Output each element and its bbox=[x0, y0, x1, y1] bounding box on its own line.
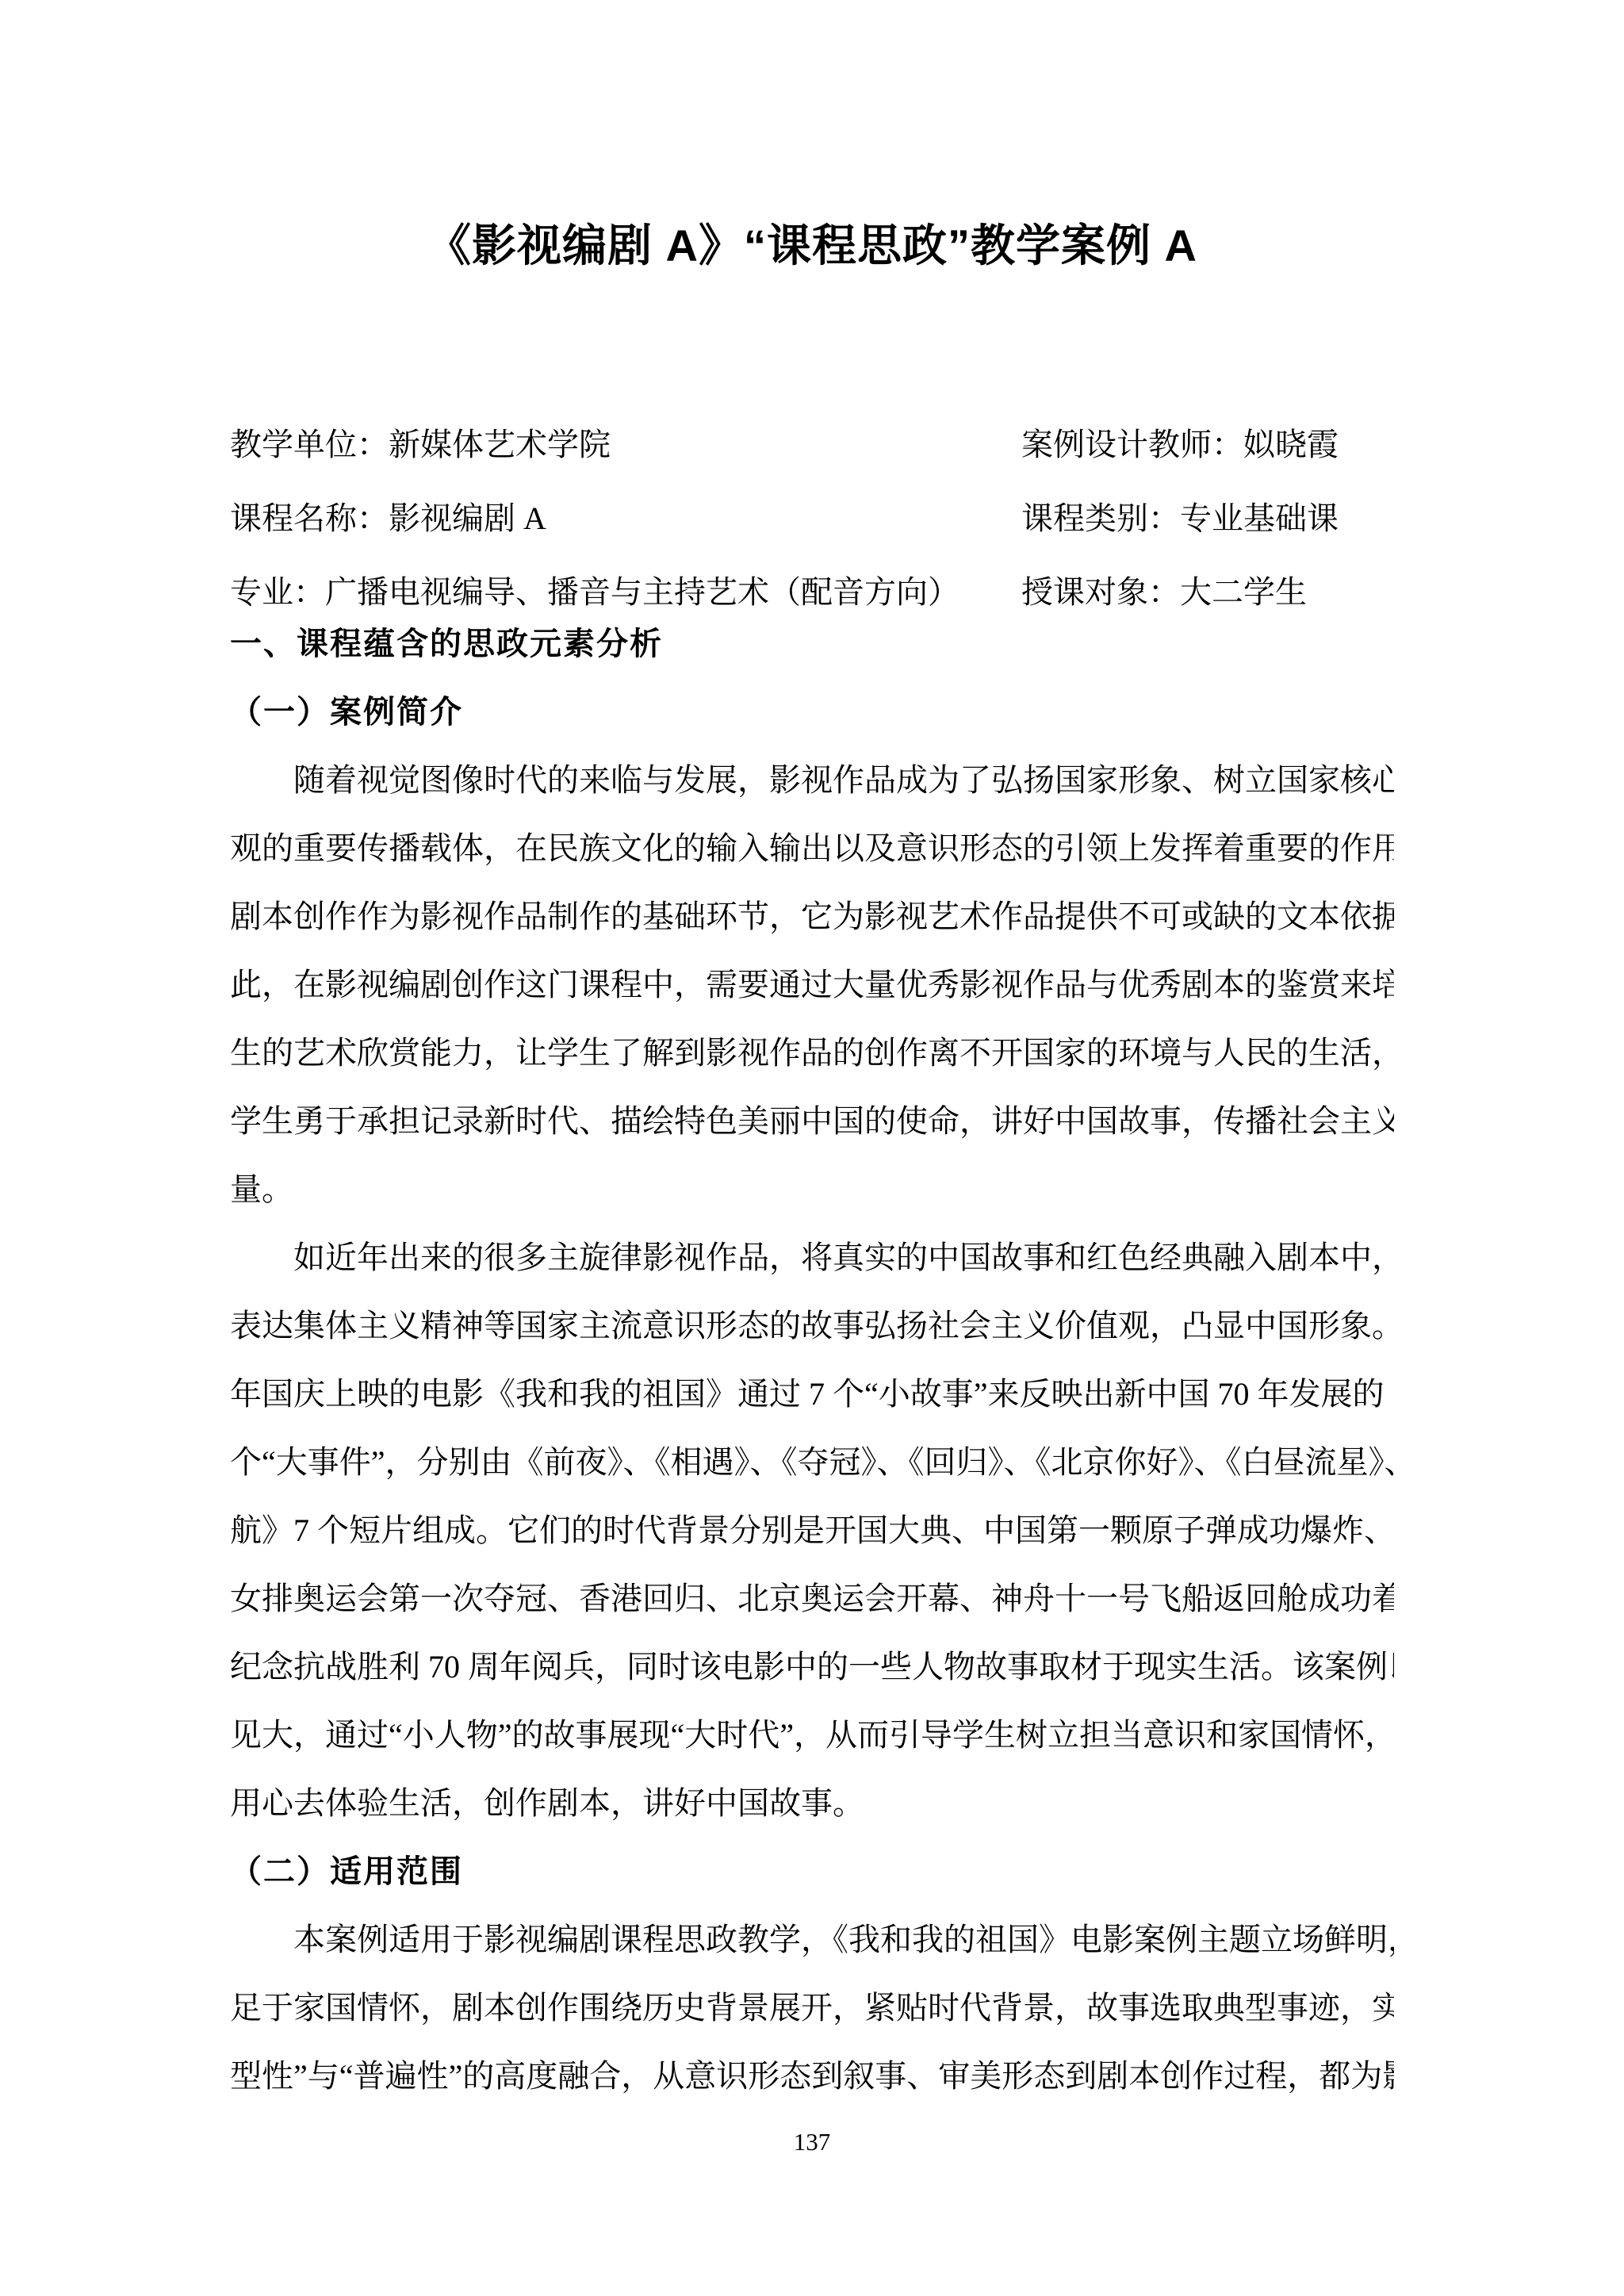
paragraph3-line: 本案例适用于影视编剧课程思政教学，《我和我的祖国》电影案例主题立场鲜明，立 bbox=[230, 1906, 1394, 1974]
paragraph2-line: 表达集体主义精神等国家主流意识形态的故事弘扬社会主义价值观，凸显中国形象。201… bbox=[230, 1292, 1394, 1360]
case-designer-field: 案例设计教师：姒晓霞 bbox=[1021, 408, 1394, 481]
paragraph3-line: 足于家国情怀，剧本创作围绕历史背景展开，紧贴时代背景，故事选取典型事迹，实现“典 bbox=[230, 1974, 1394, 2042]
teaching-unit-field: 教学单位：新媒体艺术学院 bbox=[230, 408, 1021, 481]
paragraph2-line: 见大，通过“小人物”的故事展现“大时代”，从而引导学生树立担当意识和家国情怀， bbox=[230, 1701, 1394, 1769]
paragraph3-line: 型性”与“普遍性”的高度融合，从意识形态到叙事、审美形态到剧本创作过程，都为影 bbox=[230, 2042, 1394, 2110]
meta-row: 教学单位：新媒体艺术学院 案例设计教师：姒晓霞 bbox=[230, 408, 1394, 481]
paragraph1-line: 量。 bbox=[230, 1156, 1394, 1224]
course-info-block: 教学单位：新媒体艺术学院 案例设计教师：姒晓霞 课程名称：影视编剧 A 课程类别… bbox=[230, 408, 1394, 629]
paragraph2-line: 纪念抗战胜利 70 周年阅兵，同时该电影中的一些人物故事取材于现实生活。该案例以… bbox=[230, 1633, 1394, 1701]
course-name-field: 课程名称：影视编剧 A bbox=[230, 481, 1021, 555]
section-heading-analysis: 一、课程蕴含的思政元素分析 bbox=[230, 610, 1394, 678]
paragraph2-line: 如近年出来的很多主旋律影视作品，将真实的中国故事和红色经典融入剧本中，通过 bbox=[230, 1224, 1394, 1292]
course-type-field: 课程类别：专业基础课 bbox=[1021, 481, 1394, 555]
subsection-heading-scope: （二）适用范围 bbox=[230, 1838, 1394, 1906]
document-body: 一、课程蕴含的思政元素分析 （一）案例简介 随着视觉图像时代的来临与发展，影视作… bbox=[230, 610, 1394, 2110]
paragraph2-line: 航》7 个短片组成。它们的时代背景分别是开国大典、中国第一颗原子弹成功爆炸、中国 bbox=[230, 1497, 1394, 1565]
paragraph1-line: 此，在影视编剧创作这门课程中，需要通过大量优秀影视作品与优秀剧本的鉴赏来培养学 bbox=[230, 951, 1394, 1019]
paragraph2-line: 女排奥运会第一次夺冠、香港回归、北京奥运会开幕、神舟十一号飞船返回舱成功着陆、 bbox=[230, 1565, 1394, 1633]
paragraph2-line: 用心去体验生活，创作剧本，讲好中国故事。 bbox=[230, 1769, 1394, 1838]
page-number: 137 bbox=[0, 2125, 1624, 2159]
paragraph1-line: 学生勇于承担记录新时代、描绘特色美丽中国的使命，讲好中国故事，传播社会主义正能 bbox=[230, 1087, 1394, 1156]
document-page: 《影视编剧 A》“课程思政”教学案例 A 教学单位：新媒体艺术学院 案例设计教师… bbox=[0, 0, 1624, 2296]
meta-row: 课程名称：影视编剧 A 课程类别：专业基础课 bbox=[230, 481, 1394, 555]
paragraph2-line: 个“大事件”，分别由《前夜》、《相遇》、《夺冠》、《回归》、《北京你好》、《白昼… bbox=[230, 1428, 1394, 1497]
paragraph1-line: 剧本创作作为影视作品制作的基础环节，它为影视艺术作品提供不可或缺的文本依据。因 bbox=[230, 883, 1394, 951]
paragraph1-line: 生的艺术欣赏能力，让学生了解到影视作品的创作离不开国家的环境与人民的生活，鼓励 bbox=[230, 1019, 1394, 1087]
paragraph1-line: 随着视觉图像时代的来临与发展，影视作品成为了弘扬国家形象、树立国家核心价值 bbox=[230, 746, 1394, 815]
paragraph2-line: 年国庆上映的电影《我和我的祖国》通过 7 个“小故事”来反映出新中国 70 年发… bbox=[230, 1360, 1394, 1428]
document-title: 《影视编剧 A》“课程思政”教学案例 A bbox=[0, 208, 1624, 284]
paragraph1-line: 观的重要传播载体，在民族文化的输入输出以及意识形态的引领上发挥着重要的作用。而 bbox=[230, 815, 1394, 883]
subsection-heading-case-intro: （一）案例简介 bbox=[230, 678, 1394, 746]
